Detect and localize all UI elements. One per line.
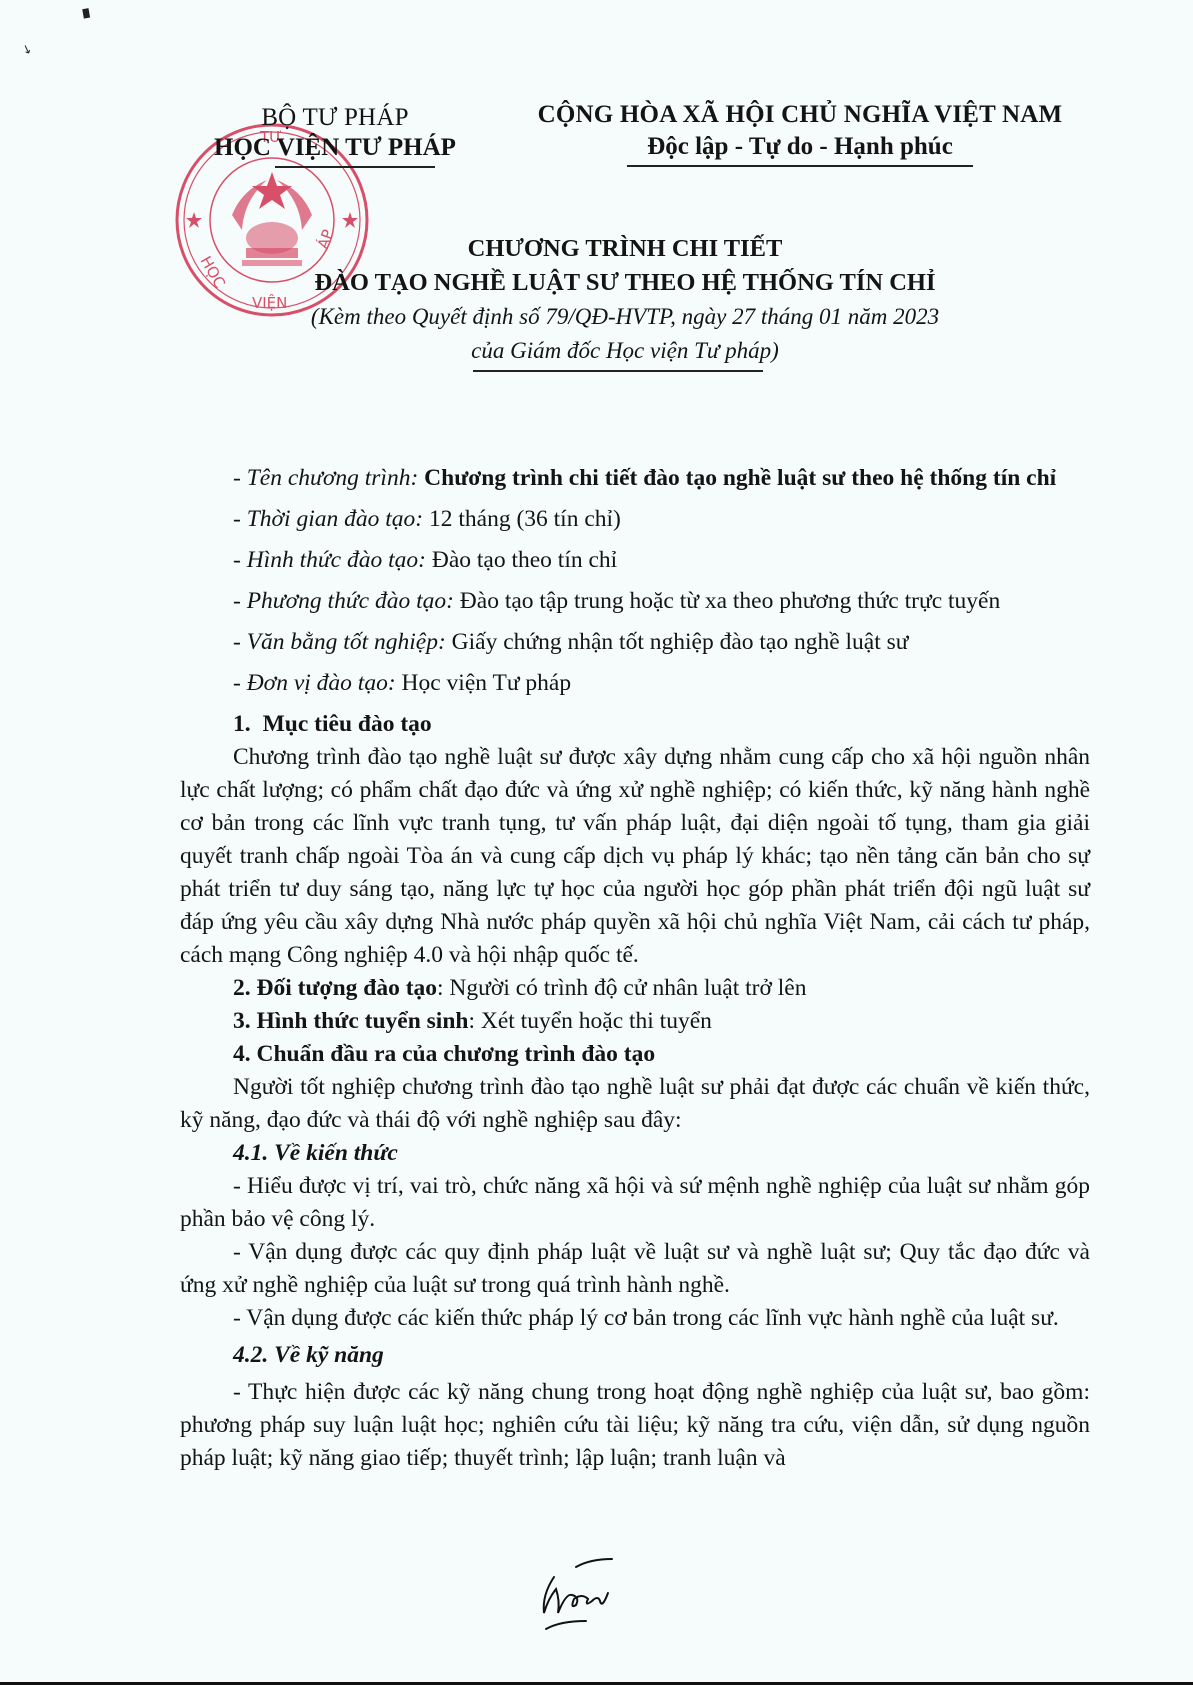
issuer-underline [275,166,435,168]
title-line-2: ĐÀO TẠO NGHỀ LUẬT SƯ THEO HỆ THỐNG TÍN C… [250,266,1000,300]
academy-name: HỌC VIỆN TƯ PHÁP [214,133,456,163]
info-label: - Phương thức đào tạo: [233,588,454,614]
info-program-name: - Tên chương trình: Chương trình chi tiế… [180,462,1090,495]
info-value: Giấy chứng nhận tốt nghiệp đào tạo nghề … [452,629,909,655]
section-2: 2. Đối tượng đào tạo: Người có trình độ … [180,972,1090,1005]
section-title: Mục tiêu đào tạo [263,711,432,737]
info-form: - Hình thức đào tạo: Đào tạo theo tín ch… [180,544,1090,577]
issuer-block: BỘ TƯ PHÁP HỌC VIỆN TƯ PHÁP [190,103,480,168]
republic-name: CỘNG HÒA XÃ HỘI CHỦ NGHĨA VIỆT NAM [520,98,1080,132]
info-label: - Đơn vị đào tạo: [233,670,396,696]
info-value: Đào tạo tập trung hoặc từ xa theo phương… [460,588,1000,614]
section-1-body: Chương trình đào tạo nghề luật sư được x… [180,741,1090,972]
info-diploma: - Văn bằng tốt nghiệp: Giấy chứng nhận t… [180,626,1090,659]
document-body: - Tên chương trình: Chương trình chi tiế… [180,462,1090,1475]
info-label: - Tên chương trình: [233,465,418,491]
list-item: - Thực hiện được các kỹ năng chung trong… [180,1376,1090,1475]
section-number: 1. [233,711,251,737]
section-4-2-heading: 4.2. Về kỹ năng [180,1339,1090,1372]
info-value: Học viện Tư pháp [402,670,572,696]
info-method: - Phương thức đào tạo: Đào tạo tập trung… [180,585,1090,618]
section-title: 3. Hình thức tuyển sinh [233,1008,468,1034]
section-value: : Xét tuyển hoặc thi tuyển [468,1008,711,1034]
info-value: Chương trình chi tiết đào tạo nghề luật … [424,465,1056,491]
info-label: - Hình thức đào tạo: [233,547,426,573]
title-subtitle-1: (Kèm theo Quyết định số 79/QĐ-HVTP, ngày… [250,300,1000,334]
document-title: CHƯƠNG TRÌNH CHI TIẾT ĐÀO TẠO NGHỀ LUẬT … [250,232,1000,372]
section-title: 2. Đối tượng đào tạo [233,975,437,1001]
document-page: ▘ ↘ HỌC VIỆN ÁP TƯ BỘ TƯ PHÁP HỌC VIỆN T… [0,0,1193,1680]
national-heading: CỘNG HÒA XÃ HỘI CHỦ NGHĨA VIỆT NAM Độc l… [520,98,1080,167]
list-item: - Vận dụng được các quy định pháp luật v… [180,1236,1090,1302]
subtitle-underline [473,370,763,372]
section-4-intro: Người tốt nghiệp chương trình đào tạo ng… [180,1071,1090,1137]
motto-underline [627,165,973,167]
info-unit: - Đơn vị đào tạo: Học viện Tư pháp [180,667,1090,700]
section-4-1-heading: 4.1. Về kiến thức [180,1137,1090,1170]
section-1-heading: 1.Mục tiêu đào tạo [180,708,1090,741]
list-item: - Hiểu được vị trí, vai trò, chức năng x… [180,1170,1090,1236]
info-label: - Thời gian đào tạo: [233,506,423,532]
info-value: 12 tháng (36 tín chỉ) [429,506,621,532]
info-duration: - Thời gian đào tạo: 12 tháng (36 tín ch… [180,503,1090,536]
list-item: - Vận dụng được các kiến thức pháp lý cơ… [180,1302,1090,1335]
signature-icon [520,1555,640,1635]
section-3: 3. Hình thức tuyển sinh: Xét tuyển hoặc … [180,1005,1090,1038]
svg-text:HỌC: HỌC [197,253,229,291]
scan-speck: ↘ [20,41,34,58]
info-value: Đào tạo theo tín chỉ [432,547,617,573]
info-label: - Văn bằng tốt nghiệp: [233,629,446,655]
section-value: : Người có trình độ cử nhân luật trở lên [437,975,806,1001]
scan-speck: ▘ [82,7,97,28]
national-motto: Độc lập - Tự do - Hạnh phúc [520,132,1080,162]
title-subtitle-2: của Giám đốc Học viện Tư pháp) [250,334,1000,368]
title-line-1: CHƯƠNG TRÌNH CHI TIẾT [250,232,1000,266]
section-4-heading: 4. Chuẩn đầu ra của chương trình đào tạo [180,1038,1090,1071]
ministry-name: BỘ TƯ PHÁP [190,103,480,133]
